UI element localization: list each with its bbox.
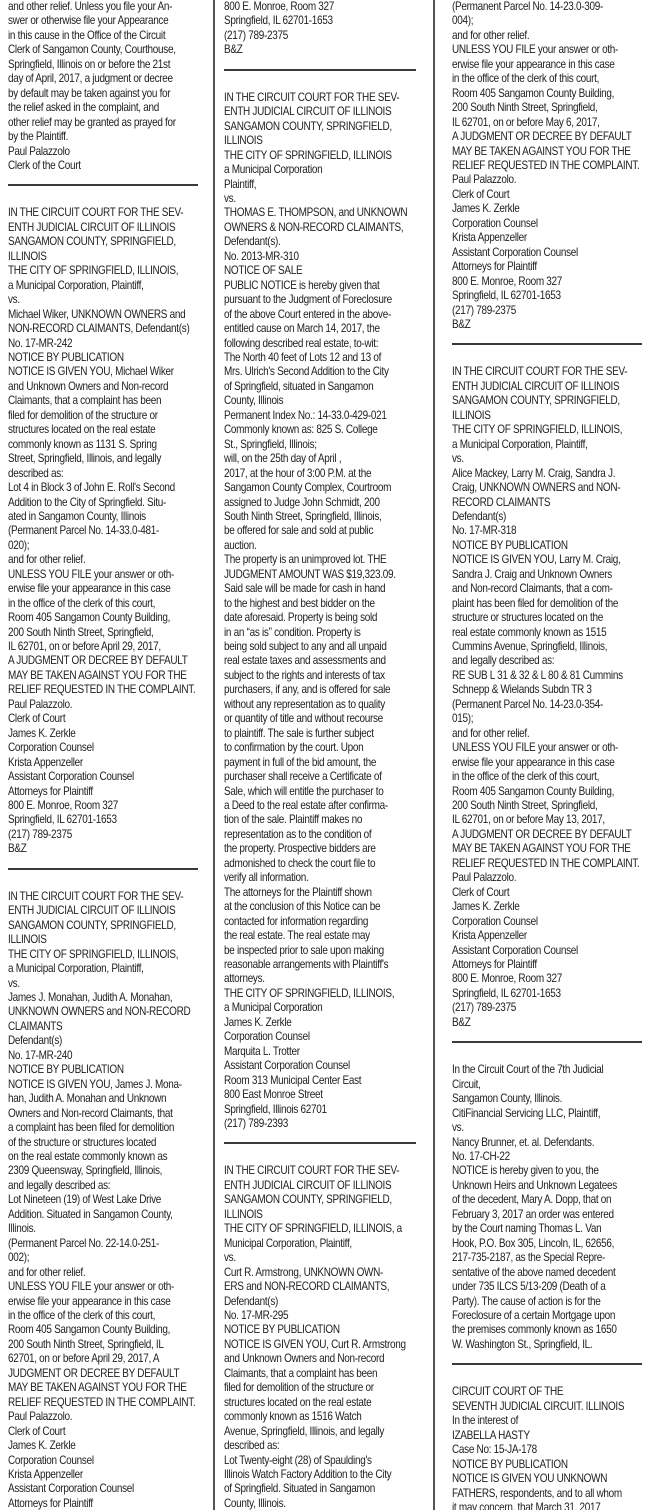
notice-text-line: CLAIMANTS [8,1020,171,1034]
notice-separator [452,343,642,345]
notice-text-line: Craig, UNKNOWN OWNERS and NON- [452,481,615,495]
notice-text-line: In the Circuit Court of the 7th Judicial [452,1063,615,1077]
notice-text-line: payment in full of the bid amount, the [224,756,389,770]
notice-text-line: Said sale will be made for cash in hand [224,582,389,596]
notice-text-line: erwise file your appearance in this case [8,582,171,596]
column-3: (Permanent Parcel No. 14-23.0-309-004);a… [452,0,642,1510]
legal-notices-page: and other relief. Unless you file your A… [0,0,649,1510]
notice-text-line: verify all information. [224,871,389,885]
notice-text-line: subject to the rights and interests of t… [224,669,389,683]
notice-text-line: UNLESS YOU FILE your answer or oth- [452,43,615,57]
notice-text-line: Attorneys for Plaintiff [8,785,171,799]
notice-text-line: THE CITY OF SPRINGFIELD, ILLINOIS, [8,264,171,278]
notice-text-line: OWNERS & NON-RECORD CLAIMANTS, [224,221,389,235]
notice-text-line: Corporation Counsel [452,217,615,231]
notice-text-line: Illinois Watch Factory Addition to the C… [224,1468,389,1482]
notice-text-line: ILLINOIS [452,409,615,423]
notice-text-line: reasonable arrangements with Plaintiff's [224,958,389,972]
notice-text-line: vs. [224,192,389,206]
notice-text-line: St., Springfield, Illinois; [224,438,389,452]
notice-text-line: Municipal Corporation, Plaintiff, [224,1237,389,1251]
legal-notice: In the Circuit Court of the 7th Judicial… [452,1063,642,1352]
notice-text-line: (Permanent Parcel No. 14-23.0-354- [452,698,615,712]
notice-text-line: IN THE CIRCUIT COURT FOR THE SEV- [8,890,171,904]
notice-text-line: THE CITY OF SPRINGFIELD, ILLINOIS, a [224,1222,389,1236]
notice-text-line: The property is an unimproved lot. THE [224,553,389,567]
legal-notice: IN THE CIRCUIT COURT FOR THE SEV-ENTH JU… [224,91,416,1132]
notice-text-line: A JUDGMENT OR DECREE BY DEFAULT [452,828,615,842]
notice-text-line: a Municipal Corporation [224,163,389,177]
notice-text-line: SANGAMON COUNTY, SPRINGFIELD, [8,235,171,249]
notice-text-line: 002); [8,1251,171,1265]
notice-text-line: In the interest of [452,1414,615,1428]
notice-text-line: Cummins Avenue, Springfield, Illinois, [452,640,615,654]
notice-text-line: Lot Twenty-eight (28) of Spaulding's [224,1454,389,1468]
notice-text-line: to the highest and best bidder on the [224,597,389,611]
notice-text-line: James K. Zerkle [8,727,171,741]
notice-text-line: Assistant Corporation Counsel [452,246,615,260]
notice-text-line: vs. [8,293,171,307]
notice-text-line: A JUDGMENT OR DECREE BY DEFAULT [8,654,171,668]
notice-text-line: NOTICE IS GIVEN YOU, James J. Mona- [8,1078,171,1092]
notice-text-line: day of April, 2017, a judgment or decree [8,72,171,86]
notice-text-line: Clerk of Sangamon County, Courthouse, [8,43,171,57]
notice-text-line: James K. Zerkle [224,1016,389,1030]
notice-text-line: SANGAMON COUNTY, SPRINGFIELD, [452,394,615,408]
notice-text-line: Sandra J. Craig and Unknown Owners [452,568,615,582]
notice-text-line: representation as to the condition of [224,828,389,842]
notice-text-line: Defendant(s) [8,1034,171,1048]
notice-text-line: and Unknown Owners and Non-record [224,1352,389,1366]
notice-text-line: NOTICE BY PUBLICATION [8,351,171,365]
notice-text-line: 004); [452,14,615,28]
notice-text-line: IL 62701, on or before May 6, 2017, [452,116,615,130]
notice-text-line: No. 17-MR-242 [8,337,171,351]
notice-separator [452,1363,642,1365]
column-divider [433,0,435,1510]
notice-text-line: in the office of the clerk of this court… [8,597,171,611]
notice-text-line: in the office of the clerk of this court… [452,770,615,784]
notice-text-line: erwise file your appearance in this case [452,58,615,72]
notice-text-line: (Permanent Parcel No. 22-14.0-251- [8,1237,171,1251]
notice-text-line: Marquita L. Trotter [224,1045,389,1059]
notice-text-line: plaint has been filed for demolition of … [452,597,615,611]
notice-text-line: vs. [452,1121,615,1135]
notice-text-line: vs. [452,452,615,466]
notice-text-line: ENTH JUDICIAL CIRCUIT OF ILLINOIS [8,904,171,918]
notice-separator [224,1142,416,1144]
notice-text-line: of the decedent, Mary A. Dopp, that on [452,1193,615,1207]
notice-text-line: Paul Palazzolo. [452,871,615,885]
notice-text-line: Krista Appenzeller [452,231,615,245]
notice-text-line: THE CITY OF SPRINGFIELD, ILLINOIS, [224,987,389,1001]
notice-text-line: Clerk of Court [452,188,615,202]
notice-text-line: No. 17-MR-240 [8,1049,171,1063]
notice-text-line: entitled cause on March 14, 2017, the [224,322,389,336]
notice-text-line: B&Z [452,1016,615,1030]
notice-text-line: Plaintiff, [224,178,389,192]
notice-text-line: attorneys. [224,972,389,986]
notice-text-line: will, on the 25th day of April , [224,452,389,466]
legal-notice: IN THE CIRCUIT COURT FOR THE SEV-ENTH JU… [224,1164,416,1510]
notice-text-line: Clerk of Court [8,1425,171,1439]
notice-text-line: (217) 789-2393 [224,1117,389,1131]
notice-text-line: 200 South Ninth Street, Springfield, IL [8,1338,171,1352]
notice-text-line: the property. Prospective bidders are [224,842,389,856]
notice-text-line: described as: [224,1439,389,1453]
notice-text-line: vs. [8,977,171,991]
notice-text-line: UNLESS YOU FILE your answer or oth- [8,1280,171,1294]
notice-separator [8,184,198,186]
notice-text-line: THE CITY OF SPRINGFIELD, ILLINOIS, [8,948,171,962]
column-2: 800 E. Monroe, Room 327Springfield, IL 6… [224,0,416,1510]
notice-text-line: Assistant Corporation Counsel [8,770,171,784]
notice-text-line: Krista Appenzeller [8,756,171,770]
notice-text-line: Clerk of Court [8,712,171,726]
notice-text-line: UNLESS YOU FILE your answer or oth- [8,568,171,582]
notice-text-line: Schnepp & Wielands Subdn TR 3 [452,683,615,697]
notice-text-line: Defendant(s) [224,1295,389,1309]
notice-text-line: ILLINOIS [224,134,389,148]
notice-text-line: County, Illinois [224,394,389,408]
notice-text-line: B&Z [224,43,389,57]
notice-text-line: on the real estate commonly known as [8,1150,171,1164]
notice-text-line: CitiFinancial Servicing LLC, Plaintiff, [452,1107,615,1121]
notice-text-line: Attorneys for Plaintiff [452,260,615,274]
notice-text-line: THE CITY OF SPRINGFIELD, ILLINOIS [224,149,389,163]
notice-text-line: assigned to Judge John Schmidt, 200 [224,496,389,510]
notice-text-line: SANGAMON COUNTY, SPRINGFIELD, [224,1193,389,1207]
notice-text-line: NOTICE BY PUBLICATION [452,1458,615,1472]
notice-separator [8,868,198,870]
notice-text-line: Avenue, Springfield, Illinois, and legal… [224,1425,389,1439]
notice-text-line: The North 40 feet of Lots 12 and 13 of [224,351,389,365]
notice-text-line: NOTICE IS GIVEN YOU, Larry M. Craig, [452,553,615,567]
notice-text-line: James K. Zerkle [452,202,615,216]
notice-text-line: MAY BE TAKEN AGAINST YOU FOR THE [452,842,615,856]
notice-text-line: be inspected prior to sale upon making [224,944,389,958]
notice-text-line: MAY BE TAKEN AGAINST YOU FOR THE [8,1381,171,1395]
notice-text-line: Addition to the City of Springfield. Sit… [8,496,171,510]
notice-text-line: 800 E. Monroe, Room 327 [224,0,389,14]
notice-text-line: date aforesaid. Property is being sold [224,611,389,625]
notice-text-line: Defendant(s) [452,510,615,524]
notice-text-line: Room 405 Sangamon County Building, [452,785,615,799]
notice-text-line: RELIEF REQUESTED IN THE COMPLAINT. [8,683,171,697]
notice-text-line: Assistant Corporation Counsel [8,1482,171,1496]
notice-text-line: be offered for sale and sold at public [224,524,389,538]
notice-text-line: Assistant Corporation Counsel [224,1059,389,1073]
notice-text-line: B&Z [452,318,615,332]
notice-text-line: a Municipal Corporation [224,1001,389,1015]
notice-text-line: James K. Zerkle [452,900,615,914]
notice-text-line: Springfield, IL 62701-1653 [224,14,389,28]
notice-text-line: Michael Wiker, UNKNOWN OWNERS and [8,308,171,322]
notice-text-line: the premises commonly known as 1650 [452,1323,615,1337]
notice-text-line: Springfield, Illinois on or before the 2… [8,58,171,72]
notice-text-line: filed for demolition of the structure or [8,409,171,423]
notice-text-line: admonished to check the court file to [224,857,389,871]
notice-text-line: commonly known as 1516 Watch [224,1410,389,1424]
notice-text-line: No. 17-MR-318 [452,524,615,538]
notice-text-line: Corporation Counsel [8,1454,171,1468]
notice-text-line: Paul Palazzolo. [8,698,171,712]
notice-text-line: erwise file your appearance in this case [452,756,615,770]
notice-text-line: Corporation Counsel [452,915,615,929]
notice-text-line: being sold subject to any and all unpaid [224,640,389,654]
notice-text-line: described as: [8,467,171,481]
notice-text-line: Springfield, IL 62701-1653 [452,987,615,1001]
notice-text-line: Street, Springfield, Illinois, and legal… [8,452,171,466]
notice-text-line: Alice Mackey, Larry M. Craig, Sandra J. [452,467,615,481]
notice-text-line: ENTH JUDICIAL CIRCUIT OF ILLINOIS [8,221,171,235]
notice-text-line: Corporation Counsel [224,1030,389,1044]
notice-text-line: in the office of the clerk of this court… [452,72,615,86]
notice-text-line: 015); [452,712,615,726]
notice-text-line: 200 South Ninth Street, Springfield, [452,799,615,813]
notice-text-line: Claimants, that a complaint has been [8,394,171,408]
notice-text-line: 200 South Ninth Street, Springfield, [452,101,615,115]
column-divider [213,0,215,1510]
notice-text-line: Party). The cause of action is for the [452,1295,615,1309]
notice-separator [452,1041,642,1043]
notice-text-line: (Permanent Parcel No. 14-23.0-309- [452,0,615,14]
notice-text-line: 800 E. Monroe, Room 327 [452,275,615,289]
notice-text-line: and Non-record Claimants, that a com- [452,582,615,596]
notice-text-line: and Unknown Owners and Non-record [8,380,171,394]
notice-text-line: Lot 4 in Block 3 of John E. Roll's Secon… [8,481,171,495]
notice-text-line: under 735 ILCS 5/13-209 (Death of a [452,1280,615,1294]
notice-text-line: 2309 Queensway, Springfield, Illinois, [8,1164,171,1178]
notice-text-line: SEVENTH JUDICIAL CIRCUIT. ILLINOIS [452,1400,615,1414]
notice-text-line: PUBLIC NOTICE is hereby given that [224,279,389,293]
legal-notice: CIRCUIT COURT OF THESEVENTH JUDICIAL CIR… [452,1385,642,1510]
notice-text-line: Owners and Non-record Claimants, that [8,1107,171,1121]
notice-text-line: Krista Appenzeller [452,929,615,943]
notice-text-line: or quantity of title and without recours… [224,712,389,726]
notice-text-line: IN THE CIRCUIT COURT FOR THE SEV- [452,365,615,379]
notice-text-line: (217) 789-2375 [452,1001,615,1015]
notice-text-line: Addition. Situated in Sangamon County, [8,1208,171,1222]
notice-text-line: Mrs. Ulrich's Second Addition to the Cit… [224,365,389,379]
notice-text-line: filed for demolition of the structure or [224,1381,389,1395]
notice-text-line: ENTH JUDICIAL CIRCUIT OF ILLINOIS [224,1179,389,1193]
notice-text-line: Room 405 Sangamon County Building, [452,87,615,101]
notice-text-line: Commonly known as: 825 S. College [224,423,389,437]
notice-text-line: ENTH JUDICIAL CIRCUIT OF ILLINOIS [452,380,615,394]
notice-text-line: 020); [8,539,171,553]
notice-text-line: han, Judith A. Monahan and Unknown [8,1092,171,1106]
notice-text-line: pursuant to the Judgment of Foreclosure [224,293,389,307]
notice-text-line: JUDGMENT OR DECREE BY DEFAULT [8,1367,171,1381]
notice-text-line: THE CITY OF SPRINGFIELD, ILLINOIS, [452,423,615,437]
notice-text-line: The attorneys for the Plaintiff shown [224,886,389,900]
notice-text-line: Permanent Index No.: 14-33.0-429-021 [224,409,389,423]
notice-text-line: Defendant(s). [224,235,389,249]
notice-text-line: 2017, at the hour of 3:00 P.M. at the [224,467,389,481]
notice-text-line: RE SUB L 31 & 32 & L 80 & 81 Cummins [452,669,615,683]
notice-text-line: it may concern, that March 31, 2017 [452,1501,615,1510]
legal-notice: IN THE CIRCUIT COURT FOR THE SEV-ENTH JU… [8,206,198,856]
notice-text-line: County, Illinois. [224,1497,389,1510]
notice-text-line: and legally described as: [452,654,615,668]
notice-text-line: NOTICE BY PUBLICATION [8,1063,171,1077]
notice-text-line: ILLINOIS [8,250,171,264]
notice-text-line: B&Z [8,842,171,856]
notice-text-line: purchasers, if any, and is offered for s… [224,683,389,697]
notice-text-line: real estate taxes and assessments and [224,654,389,668]
notice-text-line: real estate commonly known as 1515 [452,626,615,640]
notice-text-line: SANGAMON COUNTY, SPRINGFIELD, [224,120,389,134]
notice-text-line: Krista Appenzeller [8,1468,171,1482]
legal-notice: IN THE CIRCUIT COURT FOR THE SEV-ENTH JU… [452,365,642,1030]
notice-text-line: 200 South Ninth Street, Springfield, [8,626,171,640]
notice-text-line: structure or structures located on the [452,611,615,625]
notice-text-line: Hook, P.O. Box 305, Lincoln, IL, 62656, [452,1237,615,1251]
notice-text-line: MAY BE TAKEN AGAINST YOU FOR THE [452,145,615,159]
notice-text-line: Attorneys for Plaintiff [452,958,615,972]
notice-text-line: NOTICE IS GIVEN YOU, Curt R. Armstrong [224,1338,389,1352]
notice-text-line: a Municipal Corporation, Plaintiff, [8,279,171,293]
notice-text-line: IZABELLA HASTY [452,1429,615,1443]
notice-text-line: FATHERS, respondents, and to all whom [452,1487,615,1501]
notice-text-line: IN THE CIRCUIT COURT FOR THE SEV- [224,1164,389,1178]
notice-text-line: Lot Nineteen (19) of West Lake Drive [8,1193,171,1207]
notice-text-line: of Springfield. Situated in Sangamon [224,1482,389,1496]
notice-text-line: to confirmation by the court. Upon [224,741,389,755]
notice-text-line: NOTICE BY PUBLICATION [452,539,615,553]
notice-text-line: MAY BE TAKEN AGAINST YOU FOR THE [8,669,171,683]
notice-text-line: NOTICE IS GIVEN YOU, Michael Wiker [8,365,171,379]
notice-text-line: a Municipal Corporation, Plaintiff, [8,962,171,976]
notice-text-line: without any representation as to quality [224,698,389,712]
legal-notice: and other relief. Unless you file your A… [8,0,198,173]
notice-text-line: a complaint has been filed for demolitio… [8,1121,171,1135]
column-1: and other relief. Unless you file your A… [8,0,198,1510]
notice-text-line: RELIEF REQUESTED IN THE COMPLAINT. [452,857,615,871]
notice-text-line: February 3, 2017 an order was entered [452,1208,615,1222]
notice-text-line: James J. Monahan, Judith A. Monahan, [8,991,171,1005]
notice-text-line: Circuit, [452,1078,615,1092]
notice-text-line: Assistant Corporation Counsel [452,944,615,958]
notice-text-line: Springfield, IL 62701-1653 [452,289,615,303]
notice-text-line: Sangamon County Complex, Courtroom [224,481,389,495]
notice-text-line: NOTICE OF SALE [224,264,389,278]
notice-text-line: of Springfield, situated in Sangamon [224,380,389,394]
notice-text-line: purchaser shall receive a Certificate of [224,770,389,784]
notice-text-line: a Deed to the real estate after confirma… [224,799,389,813]
notice-text-line: IN THE CIRCUIT COURT FOR THE SEV- [224,91,389,105]
notice-text-line: Illinois. [8,1222,171,1236]
notice-text-line: Curt R. Armstrong, UNKNOWN OWN- [224,1266,389,1280]
notice-text-line: and for other relief. [8,553,171,567]
notice-text-line: ERS and NON-RECORD CLAIMANTS, [224,1280,389,1294]
notice-text-line: W. Washington St., Springfield, IL. [452,1338,615,1352]
notice-text-line: No. 17-CH-22 [452,1150,615,1164]
notice-text-line: ENTH JUDICIAL CIRCUIT OF ILLINOIS [224,105,389,119]
notice-text-line: by the Court naming Thomas L. Van [452,1222,615,1236]
notice-text-line: following described real estate, to-wit: [224,337,389,351]
notice-text-line: Paul Palazzolo. [452,173,615,187]
notice-text-line: Paul Palazzolo. [8,1410,171,1424]
notice-text-line: Sale, which will entitle the purchaser t… [224,785,389,799]
notice-text-line: IL 62701, on or before April 29, 2017, [8,640,171,654]
notice-text-line: IL 62701, on or before May 13, 2017, [452,813,615,827]
notice-text-line: in the office of the clerk of this court… [8,1309,171,1323]
notice-text-line: RELIEF REQUESTED IN THE COMPLAINT. [8,1396,171,1410]
notice-text-line: Room 405 Sangamon County Building, [8,1323,171,1337]
notice-text-line: erwise file your appearance in this case [8,1295,171,1309]
legal-notice: 800 E. Monroe, Room 327Springfield, IL 6… [224,0,416,58]
notice-text-line: a Municipal Corporation, Plaintiff, [452,438,615,452]
notice-text-line: of the structure or structures located [8,1136,171,1150]
notice-text-line: NOTICE BY PUBLICATION [224,1323,389,1337]
notice-text-line: Clerk of the Court [8,159,171,173]
notice-text-line: THOMAS E. THOMPSON, and UNKNOWN [224,206,389,220]
notice-text-line: structures located on the real estate [224,1396,389,1410]
notice-text-line: A JUDGMENT OR DECREE BY DEFAULT [452,130,615,144]
notice-text-line: by default may be taken against you for [8,87,171,101]
notice-text-line: Case No: 15-JA-178 [452,1443,615,1457]
notice-text-line: structures located on the real estate [8,423,171,437]
notice-text-line: by the Plaintiff. [8,130,171,144]
legal-notice: IN THE CIRCUIT COURT FOR THE SEV-ENTH JU… [8,890,198,1510]
notice-text-line: in this cause in the Office of the Circu… [8,29,171,43]
notice-text-line: 800 E. Monroe, Room 327 [8,799,171,813]
notice-text-line: IN THE CIRCUIT COURT FOR THE SEV- [8,206,171,220]
notice-text-line: RELIEF REQUESTED IN THE COMPLAINT. [452,159,615,173]
notice-text-line: the relief asked in the complaint, and [8,101,171,115]
notice-text-line: 800 East Monroe Street [224,1088,389,1102]
notice-text-line: swer or otherwise file your Appearance [8,14,171,28]
notice-text-line: ated in Sangamon County, Illinois [8,510,171,524]
notice-text-line: Attorneys for Plaintiff [8,1497,171,1510]
notice-text-line: Nancy Brunner, et. al. Defendants. [452,1136,615,1150]
notice-text-line: (217) 789-2375 [224,29,389,43]
notice-text-line: Springfield, Illinois 62701 [224,1103,389,1117]
notice-text-line: Room 405 Sangamon County Building, [8,611,171,625]
notice-text-line: other relief may be granted as prayed fo… [8,116,171,130]
notice-text-line: No. 2013-MR-310 [224,250,389,264]
notice-text-line: South Ninth Street, Springfield, Illinoi… [224,510,389,524]
notice-text-line: and for other relief. [452,727,615,741]
notice-text-line: (217) 789-2375 [452,304,615,318]
notice-separator [224,69,416,71]
notice-text-line: Claimants, that a complaint has been [224,1367,389,1381]
notice-text-line: and other relief. Unless you file your A… [8,0,171,14]
notice-text-line: commonly known as 1131 S. Spring [8,438,171,452]
legal-notice: (Permanent Parcel No. 14-23.0-309-004);a… [452,0,642,332]
notice-text-line: NOTICE IS GIVEN YOU UNKNOWN [452,1472,615,1486]
notice-text-line: ILLINOIS [8,933,171,947]
notice-text-line: ILLINOIS [224,1208,389,1222]
notice-text-line: in an “as is” condition. Property is [224,626,389,640]
notice-text-line: and for other relief. [452,29,615,43]
notice-text-line: James K. Zerkle [8,1439,171,1453]
notice-text-line: JUDGMENT AMOUNT WAS $19,323.09. [224,568,389,582]
notice-text-line: SANGAMON COUNTY, SPRINGFIELD, [8,919,171,933]
notice-text-line: 217-735-2187, as the Special Repre- [452,1251,615,1265]
notice-text-line: at the conclusion of this Notice can be [224,900,389,914]
notice-text-line: tion of the sale. Plaintiff makes no [224,813,389,827]
notice-text-line: contacted for information regarding [224,915,389,929]
notice-text-line: of the above Court entered in the above- [224,308,389,322]
notice-text-line: Clerk of Court [452,886,615,900]
notice-text-line: and for other relief. [8,1266,171,1280]
notice-text-line: to plaintiff. The sale is further subjec… [224,727,389,741]
notice-text-line: 62701, on or before April 29, 2017, A [8,1352,171,1366]
notice-text-line: Room 313 Municipal Center East [224,1074,389,1088]
